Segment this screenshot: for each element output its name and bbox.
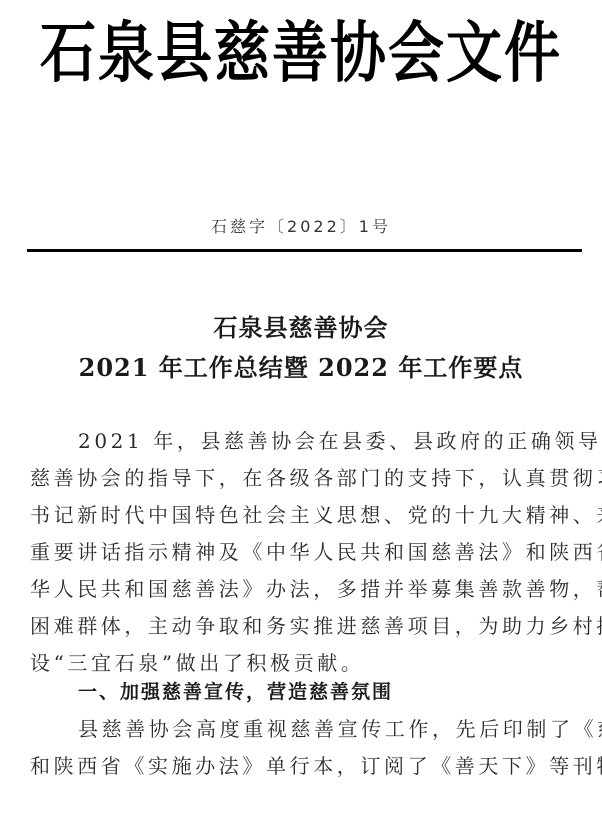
section-heading-1: 一、加强慈善宣传，营造慈善氛围 [78,675,393,709]
paragraph-line: 华人民共和国慈善法》办法，多措并举募集善款善物，帮扶救助 [30,571,582,608]
document-header-title: 石泉县慈善协会文件 [0,0,602,106]
paragraph-line: 书记新时代中国特色社会主义思想、党的十九大精神、来陕考察 [30,497,582,534]
paragraph-2: 县慈善协会高度重视慈善宣传工作，先后印制了《慈善法》 和陕西省《实施办法》单行本… [30,711,582,785]
paragraph-1: 2021 年，县慈善协会在县委、县政府的正确领导和省、市 慈善协会的指导下，在各… [30,423,582,682]
paragraph-line: 2021 年，县慈善协会在县委、县政府的正确领导和省、市 [30,423,582,460]
document-number: 石慈字〔2022〕1号 [0,214,602,240]
header-divider-rule [27,249,582,252]
paragraph-line: 困难群体，主动争取和务实推进慈善项目，为助力乡村振兴，建 [30,608,582,645]
paragraph-line: 县慈善协会高度重视慈善宣传工作，先后印制了《慈善法》 [30,711,582,748]
paragraph-line: 慈善协会的指导下，在各级各部门的支持下，认真贯彻习近平总 [30,460,582,497]
paragraph-line: 重要讲话指示精神及《中华人民共和国慈善法》和陕西省实施《中 [30,534,582,571]
paragraph-line: 和陕西省《实施办法》单行本，订阅了《善天下》等刊物，发放 [30,748,582,785]
document-subtitle-line1: 石泉县慈善协会 [0,311,602,345]
document-subtitle-line2: 2021 年工作总结暨 2022 年工作要点 [0,351,602,385]
